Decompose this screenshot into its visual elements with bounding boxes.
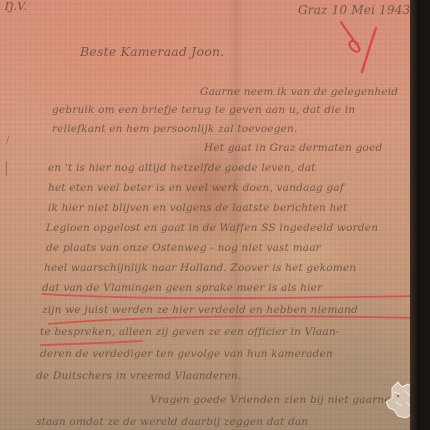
body-line: Vragen goede Vrienden zien bij niet gaar… [150,394,391,406]
red-pencil-markings [0,0,420,430]
body-line: de plaats van onze Ostenweg - nog niet v… [46,242,321,254]
body-line: deren de verdediger ten gevolge van hun … [40,348,333,360]
body-line: zijn we juist werden ze hier verdeeld en… [42,304,358,316]
body-line: Gaarne neem ik van de gelegenheid [200,86,398,98]
page-edge-shadow [410,0,420,430]
body-line: de Duitschers in vreemd Vlaanderen. [36,370,241,382]
body-line: Legioen opgelost en gaat in de Waffen SS… [46,222,378,234]
body-line: reliefkant en hem persoonlijk zal toevoe… [52,123,298,135]
body-line: dat van de Vlamingen geen sprake meer is… [42,282,322,294]
body-line: het eten veel beter is en veel werk doen… [48,182,344,194]
corner-mark: Ŋ.V. [4,0,27,13]
body-line: gebruik om een briefje terug te geven aa… [52,104,355,116]
margin-tick: / [6,135,9,146]
body-line: Het gaat in Graz dermaten goed [204,142,382,154]
body-line: te bespreken, alleen zij geven ze een of… [40,326,340,338]
margin-bracket: | [4,160,9,176]
body-line: heel waarschijnlijk naar Holland. Zoover… [44,262,356,274]
body-line: ik hier niet blijven en volgens de laats… [48,202,347,214]
body-line: en 't is hier nog altijd hetzelfde goede… [48,162,316,174]
salutation: Beste Kameraad Joon. [80,44,224,59]
date-line: Graz 10 Mei 1943. [298,3,415,17]
body-line: staan omdat ze de wereld daarbij zeggen … [36,416,308,428]
letter-page: Ŋ.V. Graz 10 Mei 1943. Beste Kameraad Jo… [0,0,420,430]
